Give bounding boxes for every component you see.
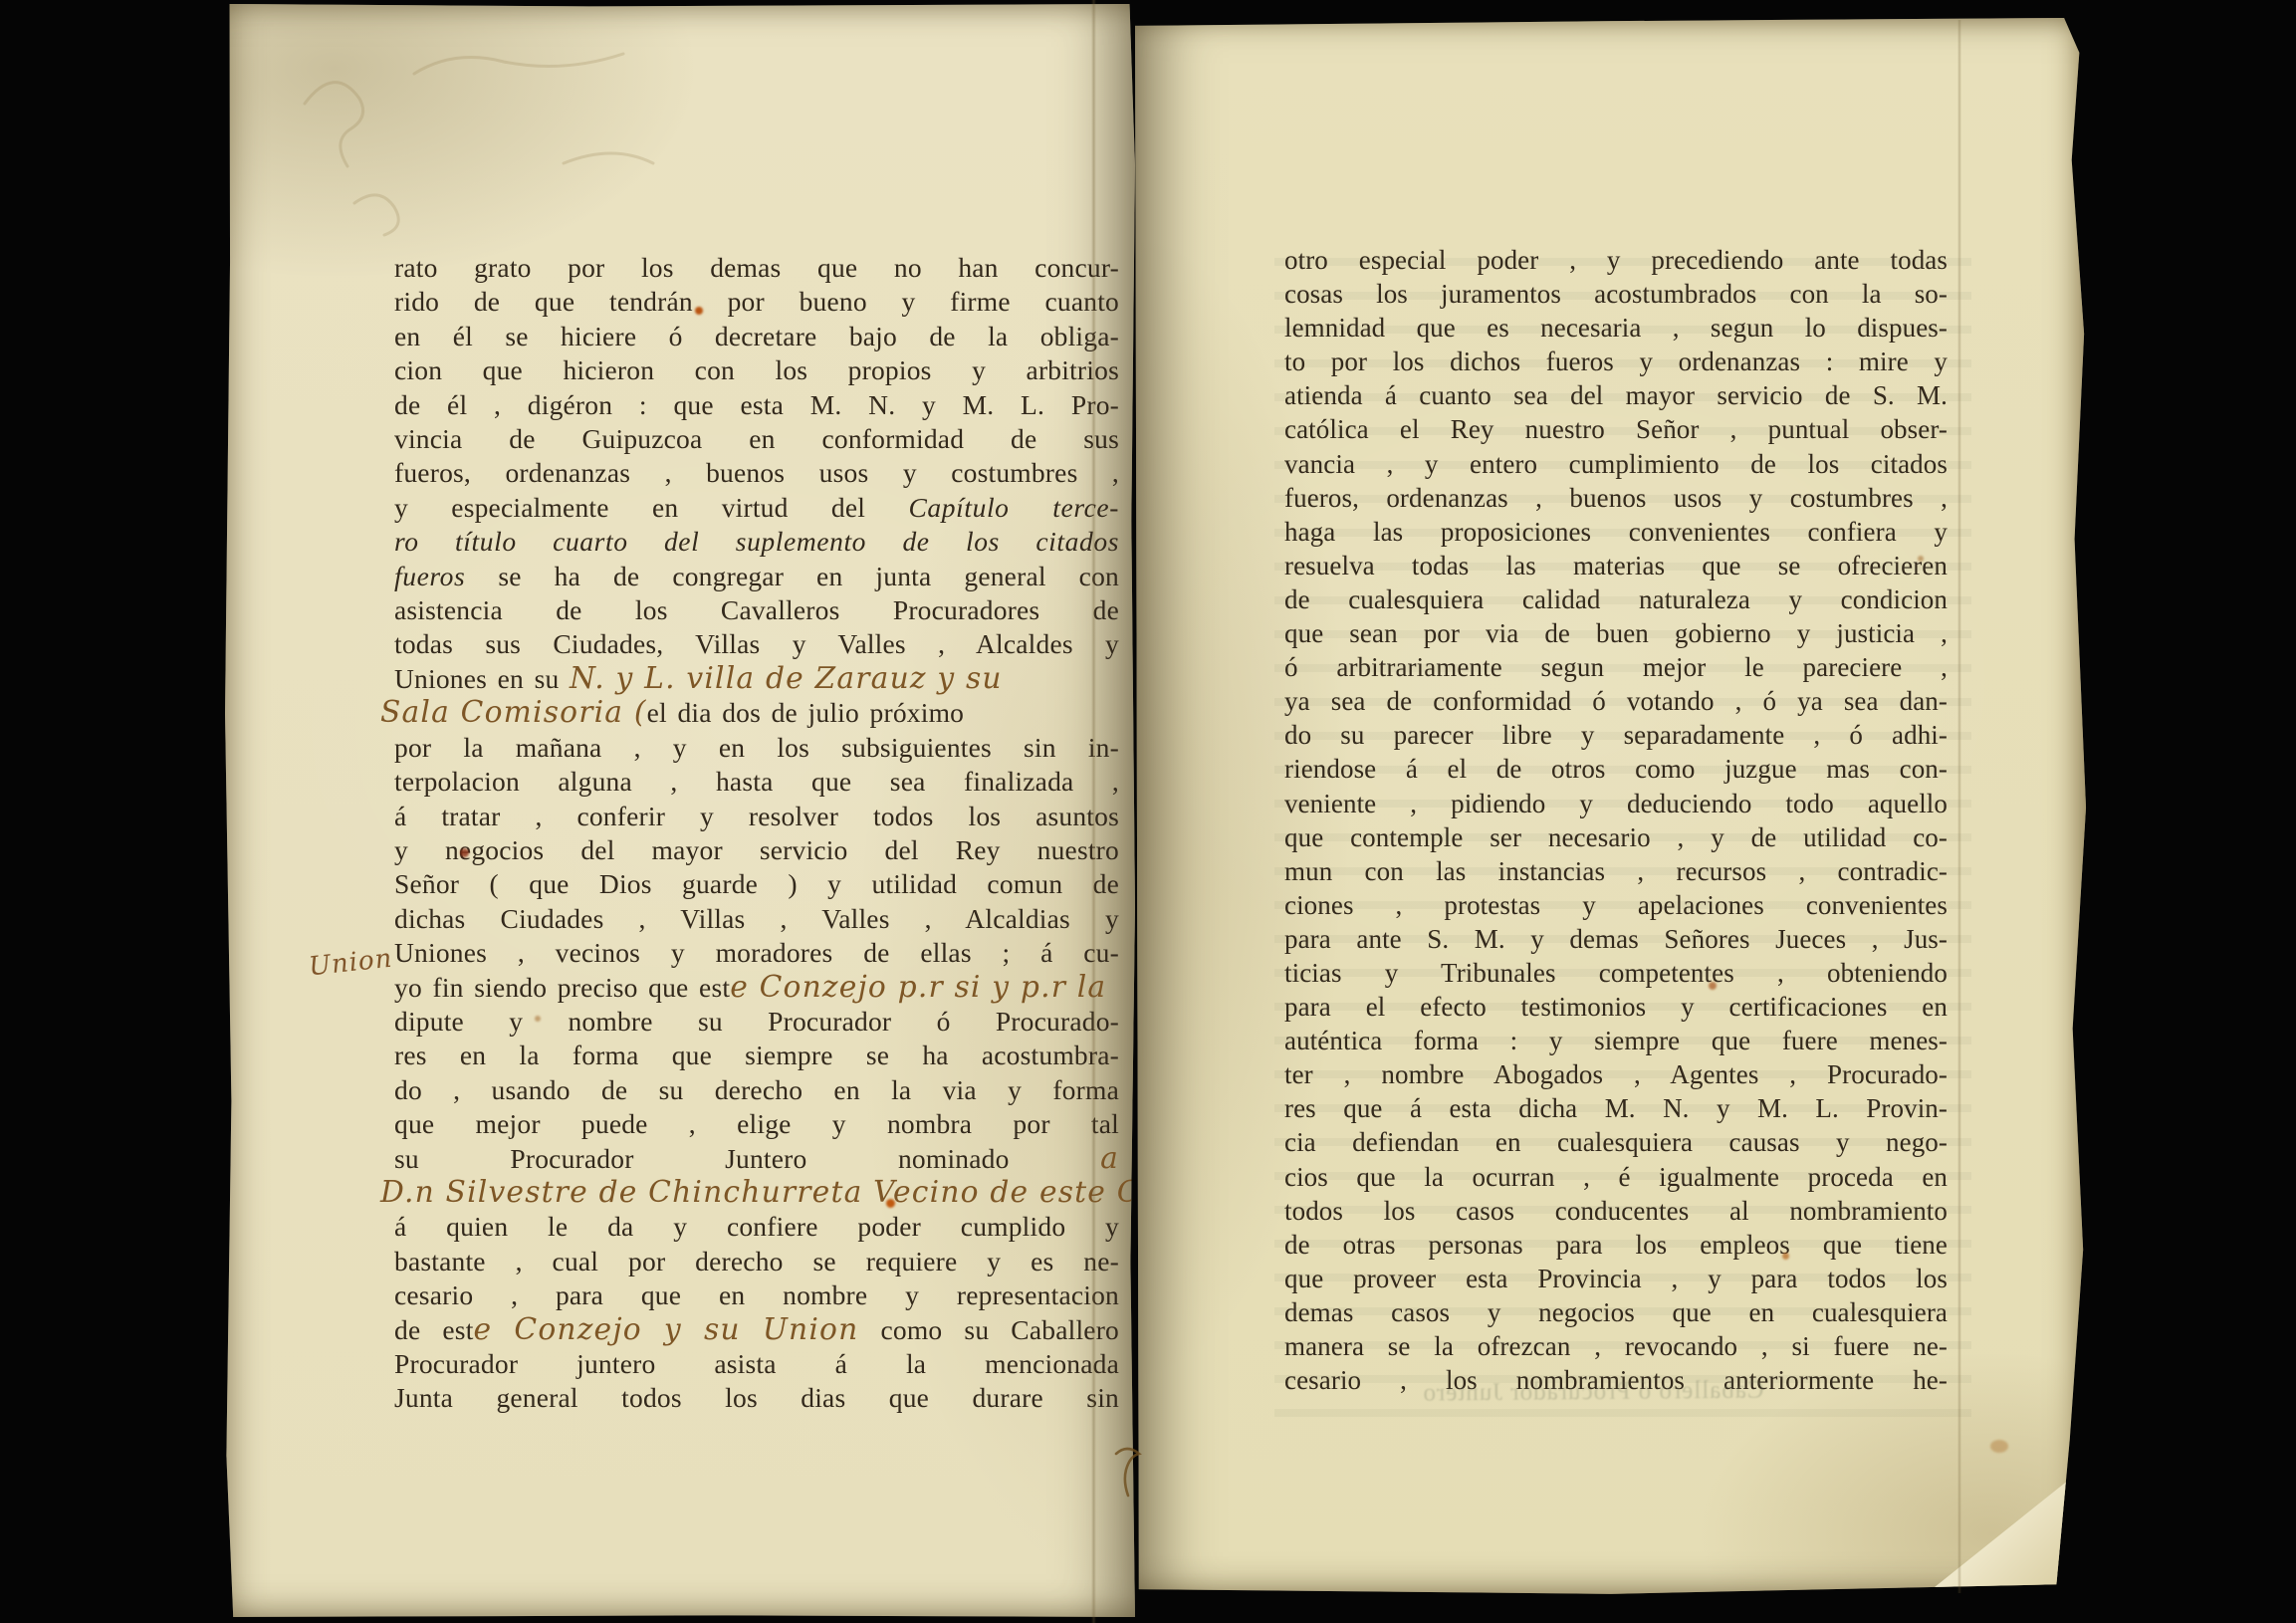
text-line: resuelva todas las materias que se ofrec… (1284, 549, 1948, 582)
printed-text: fueros, ordenanzas , buenos usos y costu… (1284, 483, 1948, 513)
text-line: bastante , cual por derecho se requiere … (394, 1245, 1119, 1278)
handwritten-annotation: e Conzejo p.r si y p.r la (730, 970, 1106, 1005)
text-line: que contemple ser necesario , y de utili… (1284, 820, 1948, 854)
printed-text: en él se hiciere ó decretare bajo de la … (394, 321, 1119, 351)
text-line: veniente , pidiendo y deduciendo todo aq… (1284, 787, 1948, 820)
foxing-spot (1918, 556, 1924, 562)
printed-text: dichas Ciudades , Villas , Valles , Alca… (394, 903, 1119, 934)
handwritten-annotation: D.n Silvestre de Chinchurreta Vecino de … (380, 1175, 1245, 1210)
printed-text: ciones , protestas y apelaciones conveni… (1284, 890, 1948, 920)
printed-text: y negocios del mayor servicio del Rey nu… (394, 834, 1119, 865)
text-line: ya sea de conformidad ó votando , ó ya s… (1284, 684, 1948, 718)
text-line: dichas Ciudades , Villas , Valles , Alca… (394, 902, 1119, 936)
text-line: do su parecer libre y separadamente , ó … (1284, 718, 1948, 752)
printed-text: Procurador juntero asista á la mencionad… (394, 1348, 1119, 1379)
printed-text: cosas los juramentos acostumbrados con l… (1284, 279, 1948, 309)
text-line: ó arbitrariamente segun mejor le parecie… (1284, 650, 1948, 684)
printed-text: riendose á el de otros como juzgue mas c… (1284, 754, 1948, 784)
text-line: vincia de Guipuzcoa en conformidad de su… (394, 422, 1119, 456)
printed-text: ya sea de conformidad ó votando , ó ya s… (1284, 686, 1948, 716)
showthrough-ghost-text: Caballero ó Procurador Juntero (1284, 1375, 1902, 1408)
foxing-spot (1990, 1440, 2008, 1453)
text-line: rido de que tendrán por bueno y firme cu… (394, 285, 1119, 319)
handwritten-annotation: a (1100, 1141, 1119, 1176)
printed-text: res en la forma que siempre se ha acostu… (394, 1040, 1119, 1070)
text-line: que mejor puede , elige y nombra por tal (394, 1107, 1119, 1141)
printed-text: auténtica forma : y siempre que fuere me… (1284, 1026, 1948, 1055)
printed-text: Uniones en su (394, 663, 570, 694)
printed-text: que sean por via de buen gobierno y just… (1284, 618, 1948, 648)
text-line: cosas los juramentos acostumbrados con l… (1284, 277, 1948, 311)
text-line: en él se hiciere ó decretare bajo de la … (394, 320, 1119, 353)
printed-text: to por los dichos fueros y ordenanzas : … (1284, 347, 1948, 376)
printed-text: á quien le da y confiere poder cumplido … (394, 1211, 1119, 1242)
foxing-spot (695, 307, 703, 315)
text-line: su Procurador Juntero nominado a (394, 1142, 1119, 1176)
printed-text: rido de que tendrán por bueno y firme cu… (394, 286, 1119, 317)
printed-text: se ha de congregar en junta general con (465, 561, 1119, 591)
photographed-document-spread: { "document": { "kind": "scanned histori… (0, 0, 2296, 1623)
printed-text: Junta general todos los dias que durare … (394, 1382, 1119, 1413)
text-line: y negocios del mayor servicio del Rey nu… (394, 833, 1119, 867)
text-line: y especialmente en virtud del Capítulo t… (394, 491, 1119, 525)
printed-text: cios que la ocurran , é igualmente proce… (1284, 1162, 1948, 1192)
printed-text: terpolacion alguna , hasta que sea final… (394, 766, 1119, 797)
printed-text: todos los casos conducentes al nombramie… (1284, 1196, 1948, 1226)
text-line: D.n Silvestre de Chinchurreta Vecino de … (380, 1176, 1119, 1210)
text-line: lemnidad que es necesaria , segun lo dis… (1284, 311, 1948, 345)
text-line: do , usando de su derecho en la via y fo… (394, 1073, 1119, 1107)
foxing-spot (535, 1016, 541, 1022)
printed-text: Uniones , vecinos y moradores de ellas ;… (394, 937, 1119, 968)
printed-text: á tratar , conferir y resolver todos los… (394, 801, 1119, 831)
printed-text: demas casos y negocios que en cualesquie… (1284, 1297, 1948, 1327)
text-line: de cualesquiera calidad naturaleza y con… (1284, 582, 1948, 616)
printed-text: fueros (394, 561, 465, 591)
printed-text: asistencia de los Cavalleros Procuradore… (394, 594, 1119, 625)
text-line: ticias y Tribunales competentes , obteni… (1284, 956, 1948, 990)
text-line: de otras personas para los empleos que t… (1284, 1228, 1948, 1262)
printed-text: que proveer esta Provincia , y para todo… (1284, 1264, 1948, 1293)
printed-text: do , usando de su derecho en la via y fo… (394, 1074, 1119, 1105)
printed-text: cion que hicieron con los propios y arbi… (394, 354, 1119, 385)
printed-text: que mejor puede , elige y nombra por tal (394, 1108, 1119, 1139)
printed-text: de otras personas para los empleos que t… (1284, 1230, 1948, 1260)
printed-text: atienda á cuanto sea del mayor servicio … (1284, 380, 1948, 410)
printed-text: ro título cuarto del suplemento de los c… (394, 526, 1119, 557)
printed-text: fueros, ordenanzas , buenos usos y costu… (394, 457, 1119, 488)
text-line: riendose á el de otros como juzgue mas c… (1284, 752, 1948, 786)
printed-text: el dia dos de julio próximo (647, 697, 965, 728)
printed-text: de él , digéron : que esta M. N. y M. L.… (394, 389, 1119, 420)
printed-text: y especialmente en virtud del (394, 492, 908, 523)
printed-text: todas sus Ciudades, Villas y Valles , Al… (394, 628, 1119, 659)
printed-text: ter , nombre Abogados , Agentes , Procur… (1284, 1059, 1948, 1089)
printed-text: do su parecer libre y separadamente , ó … (1284, 720, 1948, 750)
printed-text: cia defiendan en cualesquiera causas y n… (1284, 1127, 1948, 1157)
left-page: rato grato por los demas que no han conc… (225, 4, 1135, 1617)
page-corner-curl (1930, 1472, 2079, 1591)
margin-annotation: Union (308, 944, 394, 983)
printed-text: vancia , y entero cumplimiento de los ci… (1284, 449, 1948, 479)
printed-text: de cualesquiera calidad naturaleza y con… (1284, 584, 1948, 614)
text-line: dipute y nombre su Procurador ó Procurad… (394, 1005, 1119, 1039)
handwritten-annotation: Sala Comisoria ( (380, 695, 647, 730)
text-line: á quien le da y confiere poder cumplido … (394, 1210, 1119, 1244)
printed-text: como su Caballero (858, 1314, 1119, 1345)
text-line: de este Conzejo y su Union como su Cabal… (394, 1313, 1119, 1347)
text-line: manera se la ofrezcan , revocando , si f… (1284, 1329, 1948, 1363)
text-line: Uniones en su N. y L. villa de Zarauz y … (394, 662, 1119, 696)
text-line: vancia , y entero cumplimiento de los ci… (1284, 447, 1948, 481)
text-line: yo fin siendo preciso que este Conzejo p… (394, 971, 1119, 1005)
text-line: á tratar , conferir y resolver todos los… (394, 800, 1119, 833)
printed-text: res que á esta dicha M. N. y M. L. Provi… (1284, 1093, 1948, 1123)
right-page: otro especial poder , y precediendo ante… (1135, 18, 2087, 1597)
printed-text: vincia de Guipuzcoa en conformidad de su… (394, 423, 1119, 454)
text-line: auténtica forma : y siempre que fuere me… (1284, 1024, 1948, 1057)
text-line: rato grato por los demas que no han conc… (394, 251, 1119, 285)
printed-text: católica el Rey nuestro Señor , puntual … (1284, 414, 1948, 444)
text-line: Señor ( que Dios guarde ) y utilidad com… (394, 867, 1119, 901)
printed-text: otro especial poder , y precediendo ante… (1284, 245, 1948, 275)
text-line: asistencia de los Cavalleros Procuradore… (394, 593, 1119, 627)
left-page-text-column: rato grato por los demas que no han conc… (394, 251, 1119, 1416)
printed-text: lemnidad que es necesaria , segun lo dis… (1284, 313, 1948, 343)
ink-flourish-mark (1113, 1446, 1143, 1502)
text-line: fueros, ordenanzas , buenos usos y costu… (394, 456, 1119, 490)
text-line: Procurador juntero asista á la mencionad… (394, 1347, 1119, 1381)
text-line: demas casos y negocios que en cualesquie… (1284, 1295, 1948, 1329)
text-line: ro título cuarto del suplemento de los c… (394, 525, 1119, 559)
text-line: cesario , para que en nombre y represent… (394, 1278, 1119, 1312)
right-page-text-column: otro especial poder , y precediendo ante… (1284, 243, 1948, 1397)
text-line: de él , digéron : que esta M. N. y M. L.… (394, 388, 1119, 422)
text-line: cion que hicieron con los propios y arbi… (394, 353, 1119, 387)
text-line: fueros, ordenanzas , buenos usos y costu… (1284, 481, 1948, 515)
text-line: cios que la ocurran , é igualmente proce… (1284, 1160, 1948, 1194)
printed-text: de est (394, 1314, 474, 1345)
printed-text: rato grato por los demas que no han conc… (394, 252, 1119, 283)
printed-text: Capítulo terce- (908, 492, 1119, 523)
handwritten-annotation: e Conzejo y su Union (474, 1312, 859, 1347)
printed-text: dipute y nombre su Procurador ó Procurad… (394, 1006, 1119, 1037)
page-fold-crease (1091, 0, 1096, 1623)
text-line: mun con las instancias , recursos , cont… (1284, 854, 1948, 888)
printed-text: haga las proposiciones convenientes conf… (1284, 517, 1948, 547)
text-line: to por los dichos fueros y ordenanzas : … (1284, 345, 1948, 378)
text-line: res en la forma que siempre se ha acostu… (394, 1039, 1119, 1072)
printed-text: su Procurador Juntero nominado (394, 1143, 1100, 1174)
text-line: todos los casos conducentes al nombramie… (1284, 1194, 1948, 1228)
text-line: que sean por via de buen gobierno y just… (1284, 616, 1948, 650)
printed-text: ticias y Tribunales competentes , obteni… (1284, 958, 1948, 988)
printed-text: manera se la ofrezcan , revocando , si f… (1284, 1331, 1948, 1361)
text-line: que proveer esta Provincia , y para todo… (1284, 1262, 1948, 1295)
printed-text: cesario , para que en nombre y represent… (394, 1279, 1119, 1310)
printed-text: para ante S. M. y demas Señores Jueces ,… (1284, 924, 1948, 954)
printed-text: que contemple ser necesario , y de utili… (1284, 822, 1948, 852)
printed-text: por la mañana , y en los subsiguientes s… (394, 732, 1119, 763)
foxing-spot (1782, 1253, 1789, 1260)
foxing-spot (460, 848, 469, 857)
text-line: para ante S. M. y demas Señores Jueces ,… (1284, 922, 1948, 956)
printed-text: mun con las instancias , recursos , cont… (1284, 856, 1948, 886)
text-line: otro especial poder , y precediendo ante… (1284, 243, 1948, 277)
text-line: fueros se ha de congregar en junta gener… (394, 560, 1119, 593)
text-line: cia defiendan en cualesquiera causas y n… (1284, 1125, 1948, 1159)
text-line: todas sus Ciudades, Villas y Valles , Al… (394, 627, 1119, 661)
printed-text: ó arbitrariamente segun mejor le parecie… (1284, 652, 1948, 682)
printed-text: Señor ( que Dios guarde ) y utilidad com… (394, 868, 1119, 899)
printed-text: veniente , pidiendo y deduciendo todo aq… (1284, 789, 1948, 818)
text-line: ciones , protestas y apelaciones conveni… (1284, 888, 1948, 922)
text-line: ter , nombre Abogados , Agentes , Procur… (1284, 1057, 1948, 1091)
text-line: terpolacion alguna , hasta que sea final… (394, 765, 1119, 799)
text-line: Sala Comisoria (el dia dos de julio próx… (380, 696, 1119, 730)
text-line: católica el Rey nuestro Señor , puntual … (1284, 412, 1948, 446)
text-line: por la mañana , y en los subsiguientes s… (394, 731, 1119, 765)
text-line: res que á esta dicha M. N. y M. L. Provi… (1284, 1091, 1948, 1125)
text-line: haga las proposiciones convenientes conf… (1284, 515, 1948, 549)
foxing-spot (886, 1199, 895, 1208)
text-line: atienda á cuanto sea del mayor servicio … (1284, 378, 1948, 412)
text-line: para el efecto testimonios y certificaci… (1284, 990, 1948, 1024)
foxing-spot (1709, 982, 1717, 990)
text-line: Junta general todos los dias que durare … (394, 1381, 1119, 1415)
text-line: Uniones , vecinos y moradores de ellas ;… (394, 936, 1119, 970)
handwritten-annotation: N. y L. villa de Zarauz y su (570, 661, 1003, 696)
printed-text: yo fin siendo preciso que est (394, 972, 730, 1003)
printed-text: bastante , cual por derecho se requiere … (394, 1246, 1119, 1276)
printed-text: resuelva todas las materias que se ofrec… (1284, 551, 1948, 580)
page-fold-crease (1957, 20, 1961, 1593)
printed-text: para el efecto testimonios y certificaci… (1284, 992, 1948, 1022)
